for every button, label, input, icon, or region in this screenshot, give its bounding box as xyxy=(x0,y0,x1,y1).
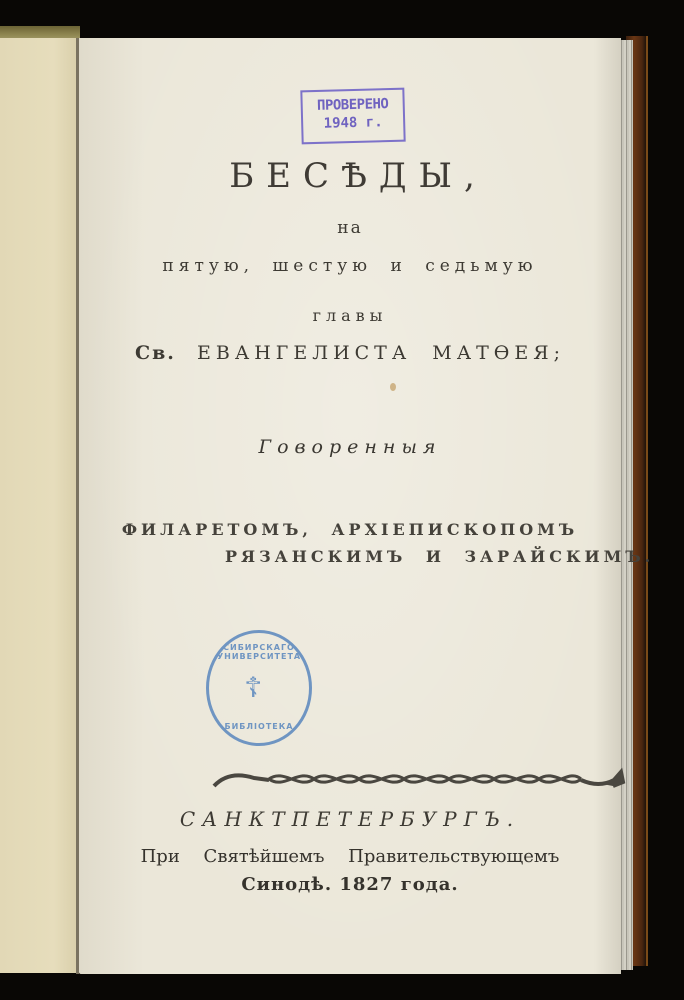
evangelist-prefix: Св. xyxy=(135,342,176,364)
title-page: ПРОВЕРЕНО 1948 г. БЕСѢДЫ, на пятую, шест… xyxy=(79,38,621,974)
inspection-stamp: ПРОВЕРЕНО 1948 г. xyxy=(300,88,405,145)
library-stamp: СИБИРСКАГО УНИВЕРСИТЕТА ☦ БИБЛІОТЕКА xyxy=(206,630,312,746)
publication-city: САНКТПЕТЕРБУРГЪ. xyxy=(79,807,621,831)
eagle-emblem-icon: ☦ xyxy=(244,671,262,704)
paper-stain xyxy=(390,383,396,391)
publisher-line-1: При Святѣйшемъ Правительствующемъ xyxy=(79,846,621,867)
evangelist-line: Св. ЕВАНГЕЛИСТА МАТѲЕЯ; xyxy=(79,342,621,364)
evangelist-name: ЕВАНГЕЛИСТА МАТѲЕЯ; xyxy=(197,342,565,364)
inspection-stamp-year: 1948 г. xyxy=(303,114,403,133)
book-title: БЕСѢДЫ, xyxy=(79,156,629,196)
chapters-word: главы xyxy=(79,306,621,325)
library-stamp-top-text: СИБИРСКАГО УНИВЕРСИТЕТА xyxy=(217,643,301,661)
library-stamp-bottom-text: БИБЛІОТЕКА xyxy=(217,722,301,731)
spoken-by: Говоренныя xyxy=(79,436,621,458)
left-page xyxy=(0,38,77,973)
chapters-line: пятую, шестую и седьмую xyxy=(79,256,621,276)
author-line-2: РЯЗАНСКИМЪ И ЗАРАЙСКИМЪ. xyxy=(25,547,684,566)
title-preposition: на xyxy=(79,218,621,238)
inspection-stamp-text: ПРОВЕРЕНО xyxy=(303,96,403,115)
author-line-1: ФИЛАРЕТОМЪ, АРХІЕПИСКОПОМЪ xyxy=(79,520,621,539)
publisher-line-2: Синодѣ. 1827 года. xyxy=(79,874,621,895)
twisted-rope-ornament-icon xyxy=(209,766,629,792)
